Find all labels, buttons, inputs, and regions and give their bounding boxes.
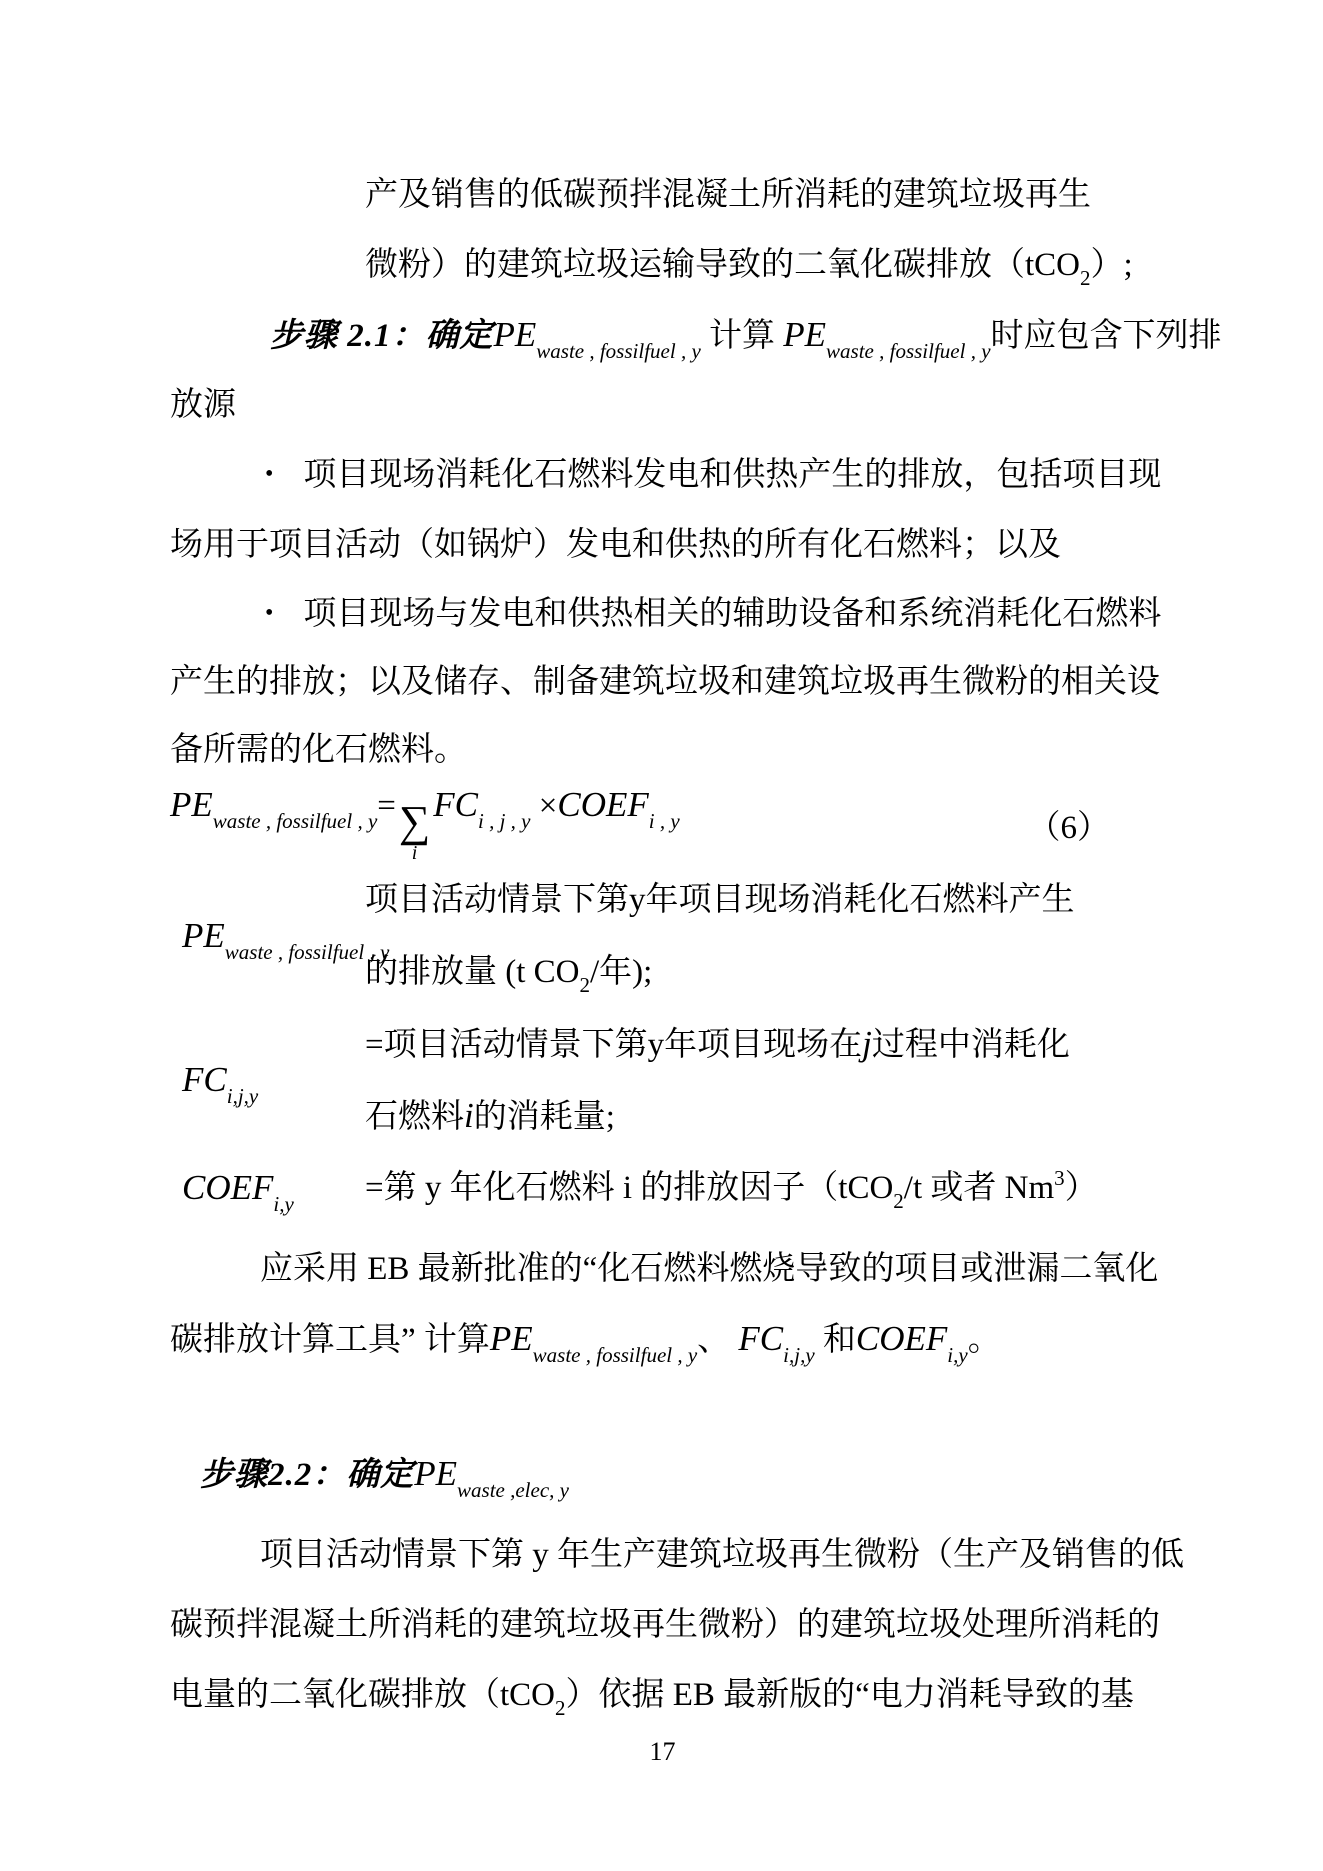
bullet-1-line-2: 场用于项目活动（如锅炉）发电和供热的所有化石燃料；以及 xyxy=(170,510,1155,580)
paragraph-eb-line-2: 碳排放计算工具” 计算PEwaste , fossilfuel , y、 FCi… xyxy=(170,1304,1155,1374)
definition-description: 项目活动情景下第y年项目现场消耗化石燃料产生 的排放量 (t CO2/年); xyxy=(365,864,1155,1008)
paragraph-eb-tool: 应采用 EB 最新批准的“化石燃料燃烧导致的项目或泄漏二氧化 碳排放计算工具” … xyxy=(170,1234,1155,1374)
step-2-1-heading: 步骤 2.1：确定PEwaste , fossilfuel , y 计算 PEw… xyxy=(170,300,1155,370)
definition-desc-line: =项目活动情景下第y年项目现场在j过程中消耗化 xyxy=(365,1008,1155,1080)
paragraph-elec-line-2: 碳预拌混凝土所消耗的建筑垃圾再生微粉）的建筑垃圾处理所消耗的 xyxy=(170,1590,1155,1660)
paragraph-elec-line-3: 电量的二氧化碳排放（tCO2）依据 EB 最新版的“电力消耗导致的基 xyxy=(170,1660,1155,1730)
definition-row-fc: FCi,j,y =项目活动情景下第y年项目现场在j过程中消耗化 石燃料i的消耗量… xyxy=(170,1008,1155,1152)
definition-continuation: 产及销售的低碳预拌混凝土所消耗的建筑垃圾再生 微粉）的建筑垃圾运输导致的二氧化碳… xyxy=(170,160,1155,300)
paragraph-elec-line-1: 项目活动情景下第 y 年生产建筑垃圾再生微粉（生产及销售的低 xyxy=(170,1520,1155,1590)
definition-desc-line: =第 y 年化石燃料 i 的排放因子（tCO2/t 或者 Nm3） xyxy=(365,1152,1155,1224)
continuation-line-1: 产及销售的低碳预拌混凝土所消耗的建筑垃圾再生 xyxy=(365,160,1155,230)
bullet-2-line-3: 备所需的化石燃料。 xyxy=(170,716,1155,784)
bullet-2-line-2: 产生的排放；以及储存、制备建筑垃圾和建筑垃圾再生微粉的相关设 xyxy=(170,648,1155,716)
bullet-2-line-1: •项目现场与发电和供热相关的辅助设备和系统消耗化石燃料 xyxy=(170,580,1155,648)
step-2-1-section: 步骤 2.1：确定PEwaste , fossilfuel , y 计算 PEw… xyxy=(170,300,1155,440)
definition-term: COEFi,y xyxy=(170,1168,365,1208)
paragraph-electricity: 项目活动情景下第 y 年生产建筑垃圾再生微粉（生产及销售的低 碳预拌混凝土所消耗… xyxy=(170,1520,1155,1730)
equation-6-formula: PEwaste , fossilfuel , y=∑iFCi , j , y ×… xyxy=(170,785,680,863)
continuation-line-2: 微粉）的建筑垃圾运输导致的二氧化碳排放（tCO2）; xyxy=(365,230,1155,300)
definition-row-coef: COEFi,y =第 y 年化石燃料 i 的排放因子（tCO2/t 或者 Nm3… xyxy=(170,1152,1155,1224)
bullet-item-1: •项目现场消耗化石燃料发电和供热产生的排放，包括项目现 场用于项目活动（如锅炉）… xyxy=(170,440,1155,580)
definition-desc-line: 的排放量 (t CO2/年); xyxy=(365,936,1155,1008)
summation-sigma: ∑i xyxy=(399,800,430,863)
definition-term: PEwaste , fossilfuel , y xyxy=(170,916,365,956)
definition-row-pe-fossilfuel: PEwaste , fossilfuel , y 项目活动情景下第y年项目现场消… xyxy=(170,864,1155,1008)
bullet-item-2: •项目现场与发电和供热相关的辅助设备和系统消耗化石燃料 产生的排放；以及储存、制… xyxy=(170,580,1155,784)
definition-description: =第 y 年化石燃料 i 的排放因子（tCO2/t 或者 Nm3） xyxy=(365,1152,1155,1224)
step-2-2-section: 步骤2.2：确定PEwaste ,elec, y xyxy=(170,1434,1155,1514)
definition-description: =项目活动情景下第y年项目现场在j过程中消耗化 石燃料i的消耗量; xyxy=(365,1008,1155,1152)
equation-6: PEwaste , fossilfuel , y=∑iFCi , j , y ×… xyxy=(170,784,1155,864)
step-2-1-heading-cont: 放源 xyxy=(170,370,1155,440)
paragraph-eb-line-1: 应采用 EB 最新批准的“化石燃料燃烧导致的项目或泄漏二氧化 xyxy=(170,1234,1155,1304)
bullet-1-line-1: •项目现场消耗化石燃料发电和供热产生的排放，包括项目现 xyxy=(170,440,1155,510)
step-2-2-heading: 步骤2.2：确定PEwaste ,elec, y xyxy=(170,1434,1155,1514)
definition-desc-line: 项目活动情景下第y年项目现场消耗化石燃料产生 xyxy=(365,864,1155,936)
equation-6-number: （6） xyxy=(1028,801,1111,848)
variable-definitions: PEwaste , fossilfuel , y 项目活动情景下第y年项目现场消… xyxy=(170,864,1155,1224)
definition-term: FCi,j,y xyxy=(170,1060,365,1100)
definition-desc-line: 石燃料i的消耗量; xyxy=(365,1080,1155,1152)
page-number: 17 xyxy=(170,1730,1155,1774)
document-page: 产及销售的低碳预拌混凝土所消耗的建筑垃圾再生 微粉）的建筑垃圾运输导致的二氧化碳… xyxy=(0,0,1323,1871)
